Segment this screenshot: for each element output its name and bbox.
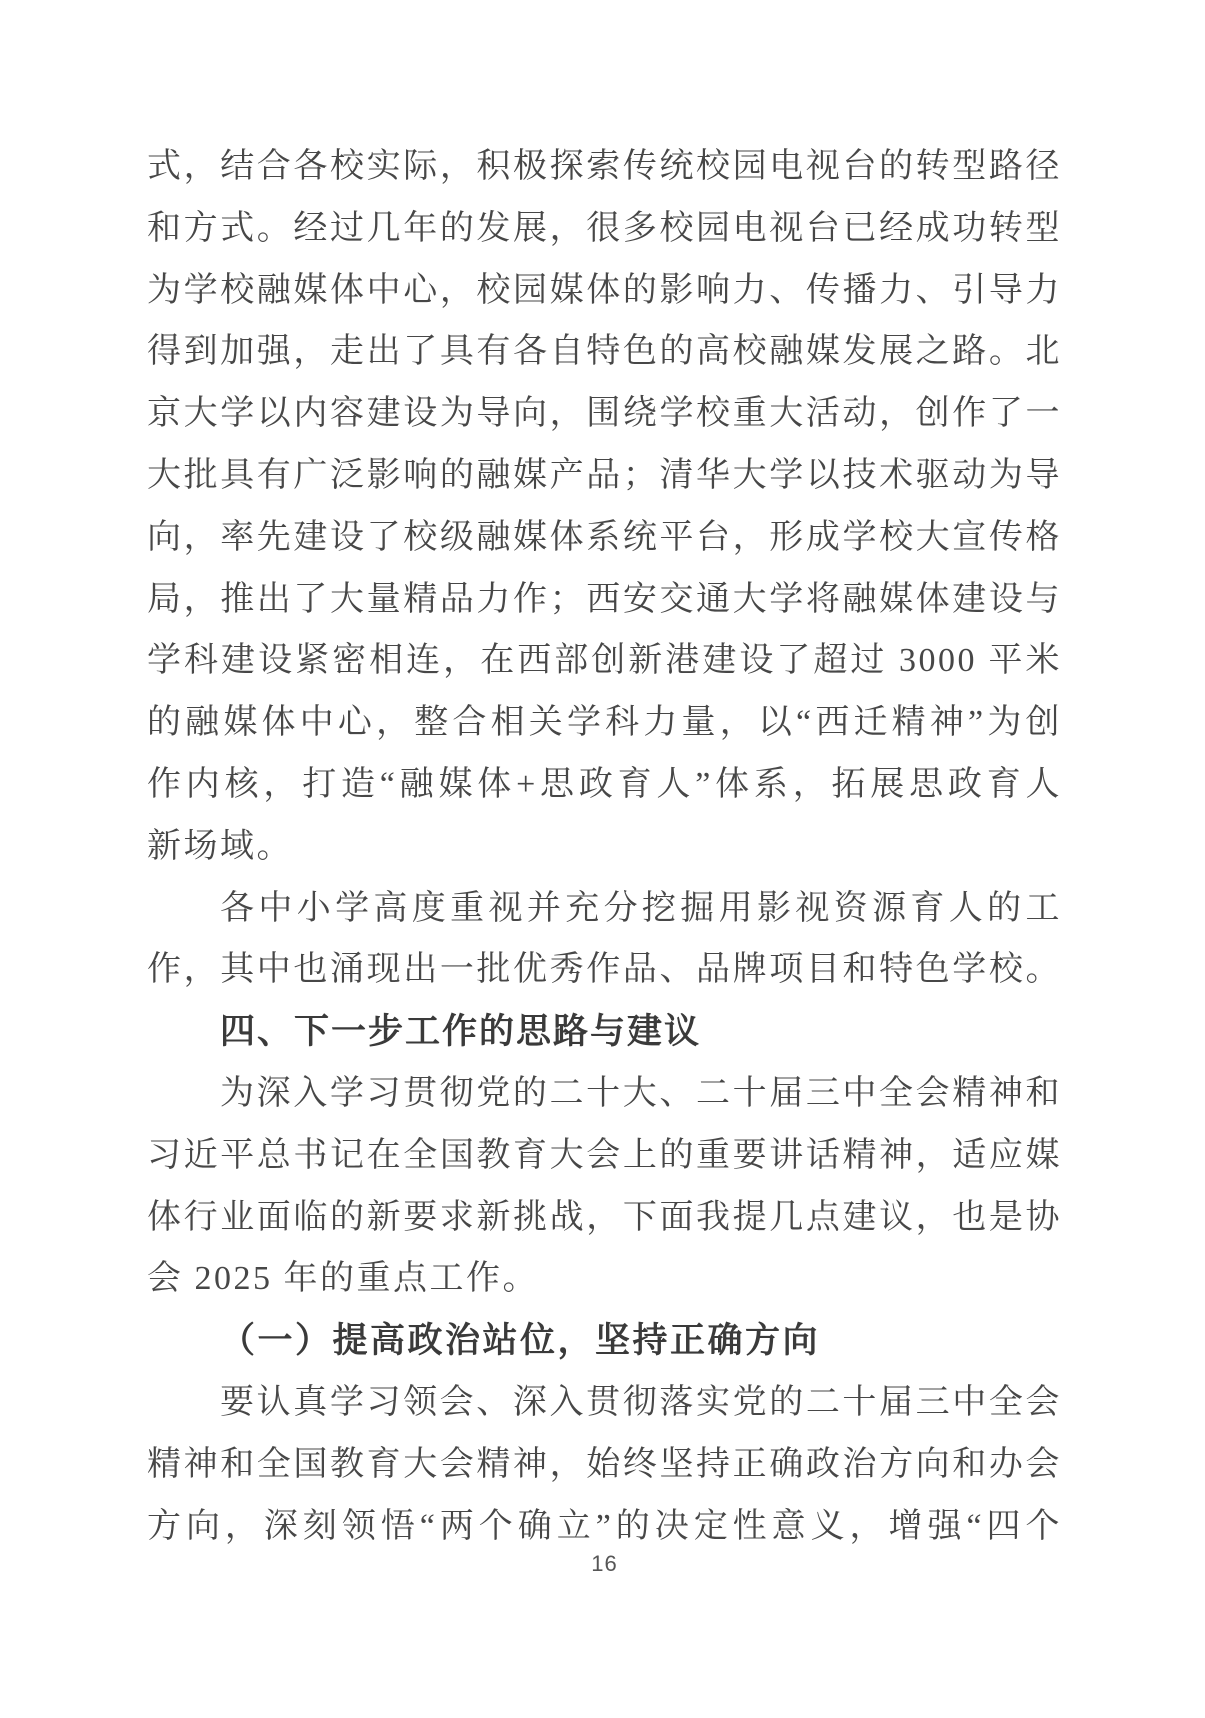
text-line: 大批具有广泛影响的融媒产品；清华大学以技术驱动为导 [147, 445, 1062, 507]
text-line: 各中小学高度重视并充分挖掘用影视资源育人的工 [147, 878, 1062, 940]
subsection-heading: （一）提高政治站位，坚持正确方向 [147, 1310, 1062, 1372]
text-line: 为学校融媒体中心，校园媒体的影响力、传播力、引导力 [147, 260, 1062, 322]
text-line: 方向，深刻领悟“两个确立”的决定性意义，增强“四个 [147, 1496, 1062, 1558]
text-line: 为深入学习贯彻党的二十大、二十届三中全会精神和 [147, 1063, 1062, 1125]
text-line: 精神和全国教育大会精神，始终坚持正确政治方向和办会 [147, 1434, 1062, 1496]
text-line: 作内核，打造“融媒体+思政育人”体系，拓展思政育人 [147, 754, 1062, 816]
page-body-text: 式，结合各校实际，积极探索传统校园电视台的转型路径 和方式。经过几年的发展，很多… [147, 136, 1062, 1557]
text-line: 得到加强，走出了具有各自特色的高校融媒发展之路。北 [147, 321, 1062, 383]
page-footer: 16 [147, 1551, 1062, 1577]
text-line: 学科建设紧密相连，在西部创新港建设了超过 3000 平米 [147, 630, 1062, 692]
document-page: 式，结合各校实际，积极探索传统校园电视台的转型路径 和方式。经过几年的发展，很多… [0, 0, 1205, 1718]
text-line: 作，其中也涌现出一批优秀作品、品牌项目和特色学校。 [147, 939, 1062, 1001]
text-line: 式，结合各校实际，积极探索传统校园电视台的转型路径 [147, 136, 1062, 198]
text-line: 京大学以内容建设为导向，围绕学校重大活动，创作了一 [147, 383, 1062, 445]
text-line: 体行业面临的新要求新挑战，下面我提几点建议，也是协 [147, 1187, 1062, 1249]
text-line: 的融媒体中心，整合相关学科力量，以“西迁精神”为创 [147, 692, 1062, 754]
text-line: 向，率先建设了校级融媒体系统平台，形成学校大宣传格 [147, 507, 1062, 569]
text-line: 和方式。经过几年的发展，很多校园电视台已经成功转型 [147, 198, 1062, 260]
text-line: 局，推出了大量精品力作；西安交通大学将融媒体建设与 [147, 569, 1062, 631]
section-heading: 四、下一步工作的思路与建议 [147, 1001, 1062, 1063]
paragraph-end-line: 会 2025 年的重点工作。 [147, 1248, 1062, 1310]
paragraph-end-line: 新场域。 [147, 816, 1062, 878]
text-line: 要认真学习领会、深入贯彻落实党的二十届三中全会 [147, 1372, 1062, 1434]
text-line: 习近平总书记在全国教育大会上的重要讲话精神，适应媒 [147, 1125, 1062, 1187]
page-number: 16 [591, 1551, 617, 1576]
